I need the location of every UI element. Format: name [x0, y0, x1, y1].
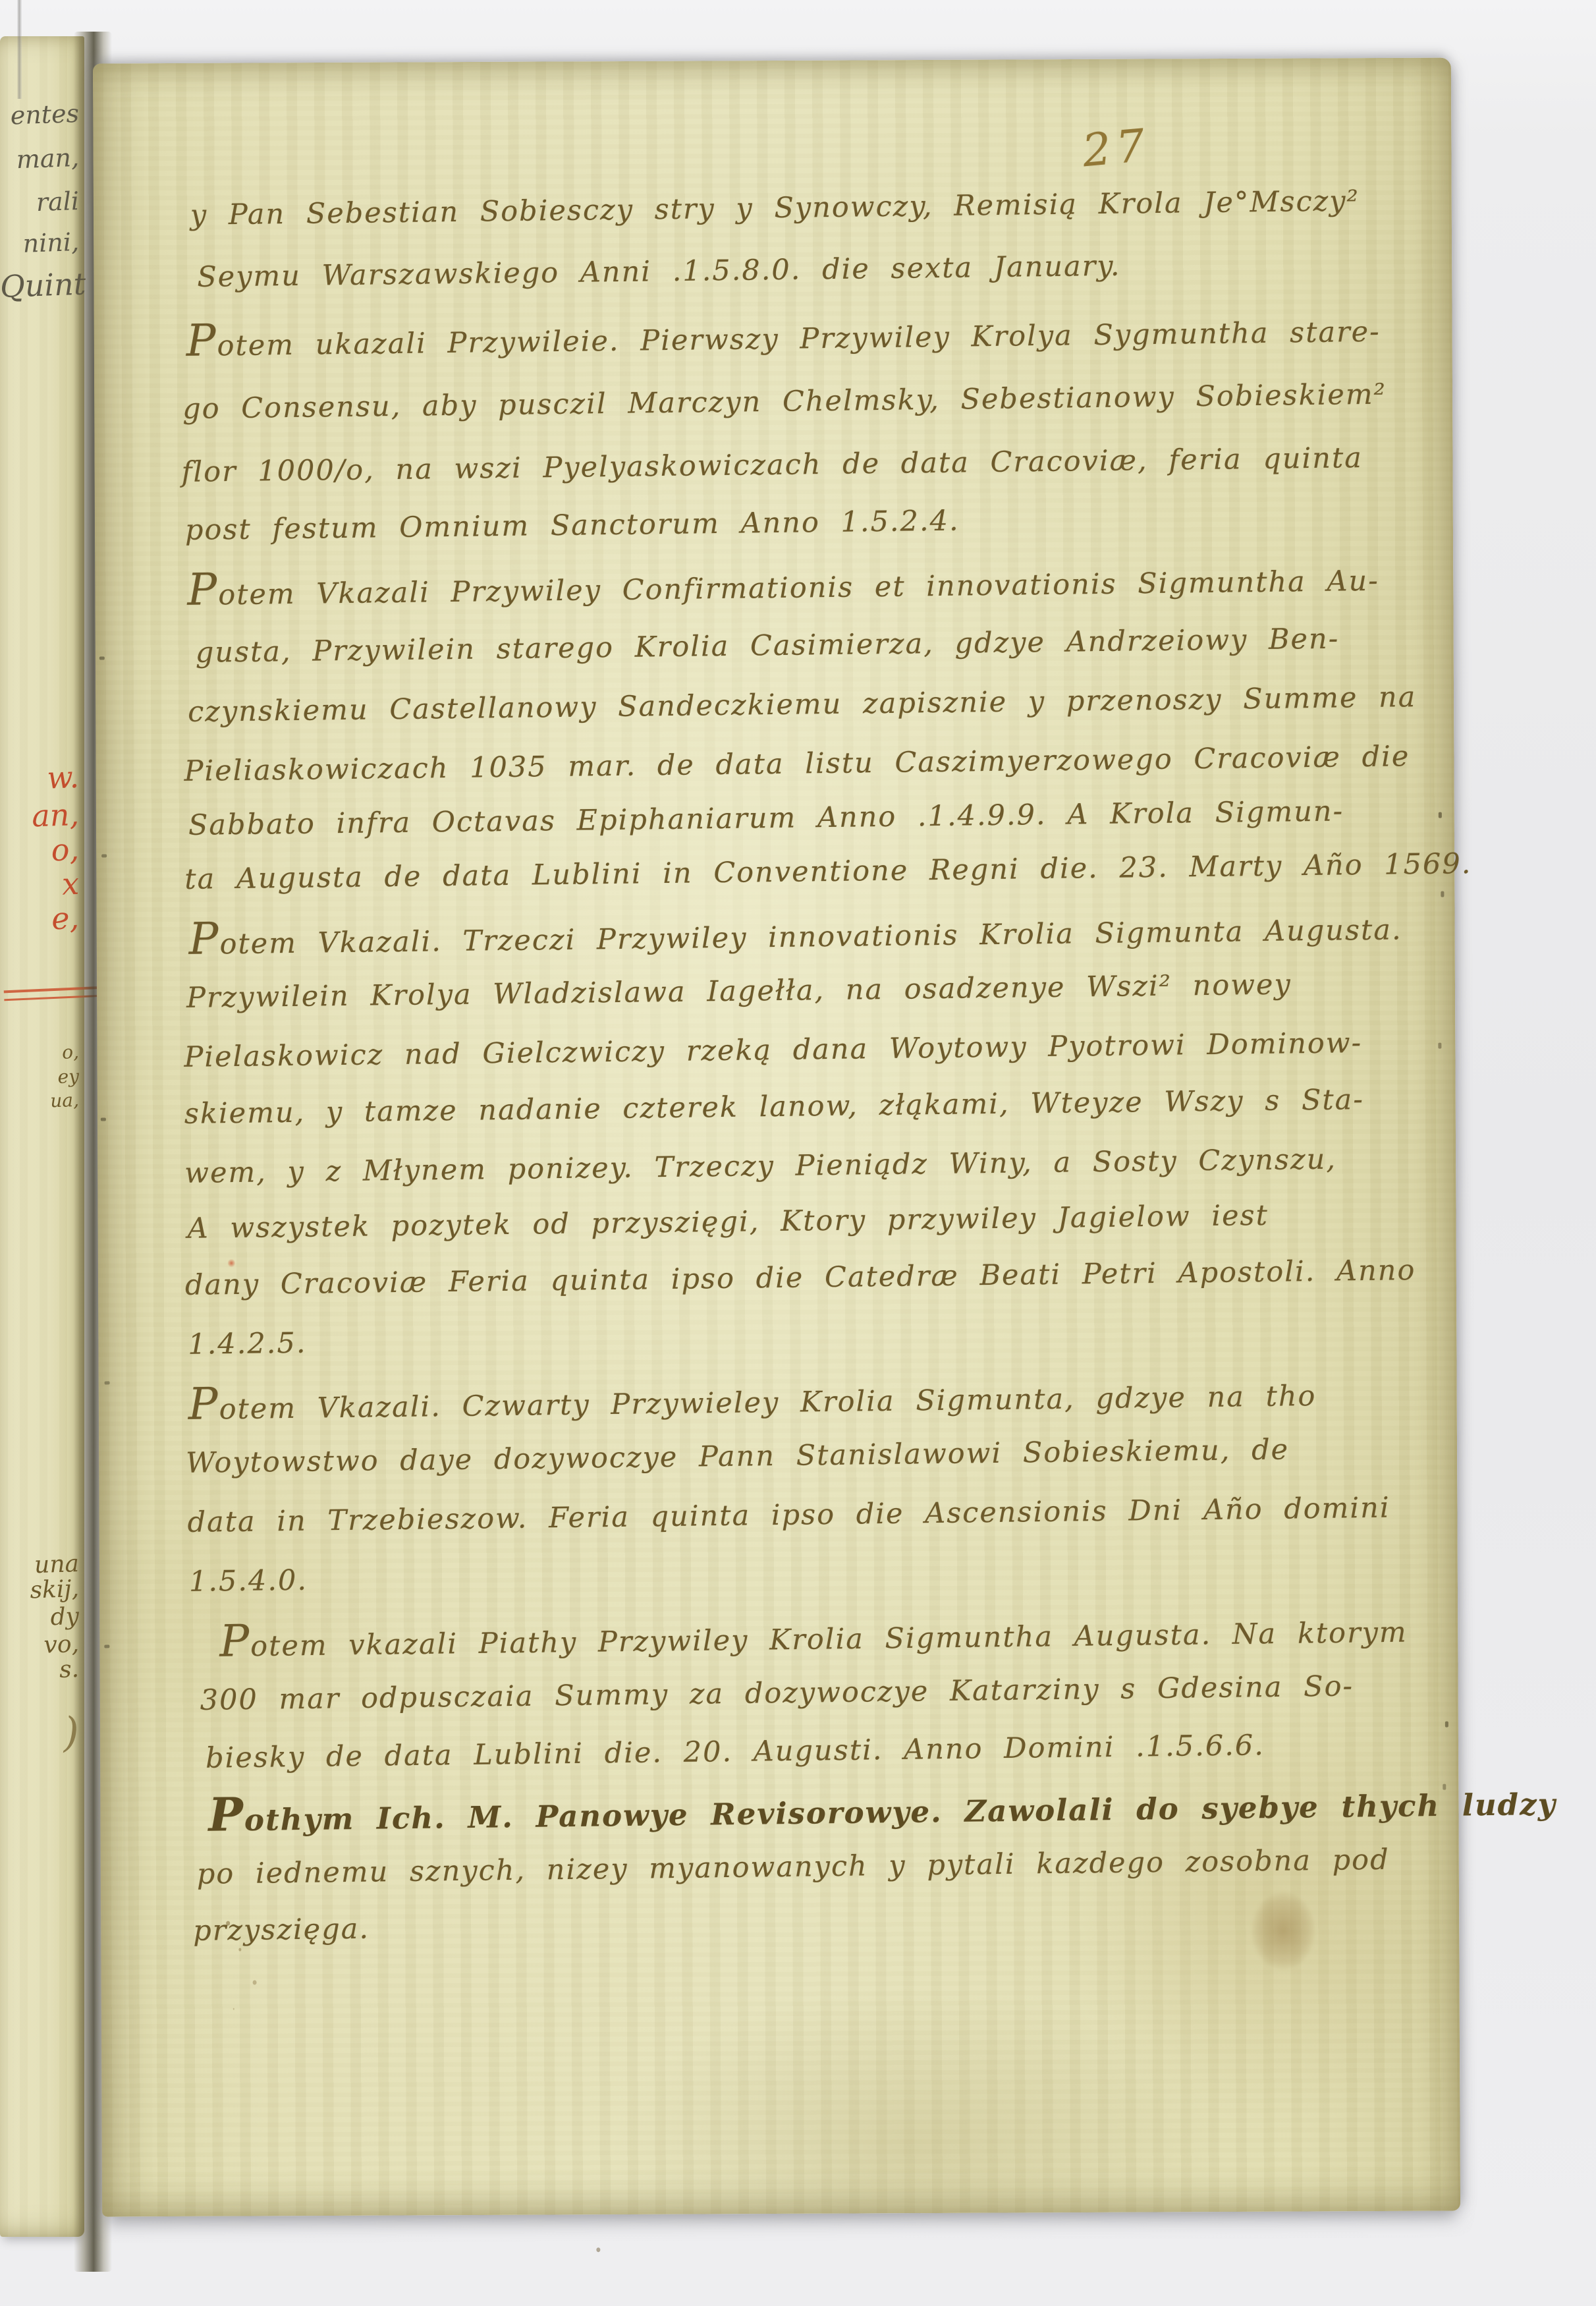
rubric-fragment: w.: [0, 762, 80, 795]
manuscript-line: przyszięga.: [193, 1913, 370, 1949]
text-fragment: s.: [0, 1658, 80, 1684]
manuscript-line: post festum Omnium Sanctorum Anno 1.5.2.…: [185, 505, 960, 548]
manuscript-line: 1.4.2.5.: [188, 1327, 307, 1363]
manuscript-line: Potem Vkazali Przywiley Confirmationis e…: [187, 559, 1379, 613]
manuscript-line: Potem Vkazali. Trzeczi Przywiley innovat…: [188, 907, 1402, 962]
foxing-spots: [226, 1921, 230, 1926]
manuscript-line: po iednemu sznych, nizey myanowanych y p…: [197, 1843, 1390, 1892]
manuscript-line: go Consensu, aby pusczil Marczyn Chelmsk…: [182, 378, 1387, 427]
manuscript-line: Pothym Ich. M. Panowye Revisorowye. Zawo…: [208, 1782, 1556, 1839]
manuscript-scan: { "scan": { "folio_number": "27", "color…: [0, 0, 1596, 2306]
folio-number: 27: [1080, 119, 1152, 177]
text-fragment: dy: [0, 1605, 80, 1631]
manuscript-line: Potem Vkazali. Czwarty Przywieley Krolia…: [188, 1374, 1316, 1428]
manuscript-line: Potem vkazali Piathy Przywiley Krolia Si…: [219, 1610, 1408, 1665]
rubric-fragment: o,: [0, 834, 80, 867]
manuscript-line: Przywilein Krolya Wladzislawa Iagełła, n…: [186, 968, 1292, 1015]
manuscript-line: biesky de data Lublini die. 20. Augusti.…: [206, 1729, 1265, 1776]
manuscript-line: data in Trzebieszow. Feria quinta ipso d…: [187, 1492, 1390, 1540]
manuscript-line: y Pan Sebestian Sobiesczy stry y Synowcz…: [190, 184, 1360, 233]
text-fragment: una: [0, 1552, 80, 1579]
text-fragment: skij,: [0, 1577, 80, 1604]
text-fragment: rali: [0, 188, 80, 216]
manuscript-line: Sabbato infra Octavas Epiphaniarum Anno …: [188, 795, 1344, 843]
manuscript-line: ta Augusta de data Lublini in Convention…: [184, 847, 1472, 897]
manuscript-line: 300 mar odpusczaia Summy za dozywoczye K…: [200, 1670, 1354, 1718]
backing-sheet-seam: [17, 0, 22, 99]
text-fragment: o,: [0, 1043, 79, 1064]
manuscript-line: Potem ukazali Przywileie. Pierwszy Przyw…: [186, 310, 1381, 364]
text-fragment: entes: [0, 101, 80, 128]
manuscript-line: gusta, Przywilein starego Krolia Casimie…: [195, 623, 1339, 671]
rubric-fragment: e,: [0, 903, 80, 936]
manuscript-line: Pielaskowicz nad Gielczwiczy rzeką dana …: [184, 1026, 1362, 1075]
pen-flourish: ): [0, 1712, 80, 1755]
text-fragment: ua,: [0, 1091, 79, 1112]
ink-stain: [1252, 1892, 1315, 1969]
manuscript-line: A wszystek pozytek od przyszięgi, Ktory …: [187, 1199, 1269, 1247]
manuscript-line: Seymu Warszawskiego Anni .1.5.8.0. die s…: [197, 250, 1121, 295]
text-fragment: Quint: [0, 269, 80, 302]
text-fragment: vo,: [0, 1633, 80, 1659]
manuscript-line: czynskiemu Castellanowy Sandeczkiemu zap…: [188, 681, 1417, 729]
red-ink-speck: [228, 1259, 235, 1268]
manuscript-page: 27 y Pan Sebestian Sobiesczy stry y Syno…: [93, 58, 1460, 2217]
manuscript-line: Woytowstwo daye dozywoczye Pann Stanisla…: [186, 1433, 1289, 1480]
rubric-fragment: x: [0, 868, 80, 901]
manuscript-line: 1.5.4.0.: [189, 1564, 308, 1600]
rubric-fragment: an,: [0, 799, 80, 832]
text-fragment: nini,: [0, 229, 80, 257]
text-fragment: man,: [0, 145, 80, 173]
manuscript-line: dany Cracoviæ Feria quinta ipso die Cate…: [185, 1254, 1416, 1303]
manuscript-line: flor 1000/o, na wszi Pyelyaskowiczach de…: [181, 441, 1363, 490]
previous-page-edge: entes man, rali nini, Quint w. an, o, x …: [0, 36, 84, 2237]
manuscript-line: skiemu, y tamze nadanie czterek lanow, z…: [184, 1083, 1365, 1131]
manuscript-line: Pieliaskowiczach 1035 mar. de data listu…: [184, 740, 1410, 789]
manuscript-line: wem, y z Młynem ponizey. Trzeczy Pieniąd…: [184, 1143, 1336, 1191]
edge-specks: [1439, 812, 1442, 818]
sewing-ticks: [99, 656, 105, 660]
text-fragment: ey: [0, 1067, 79, 1088]
